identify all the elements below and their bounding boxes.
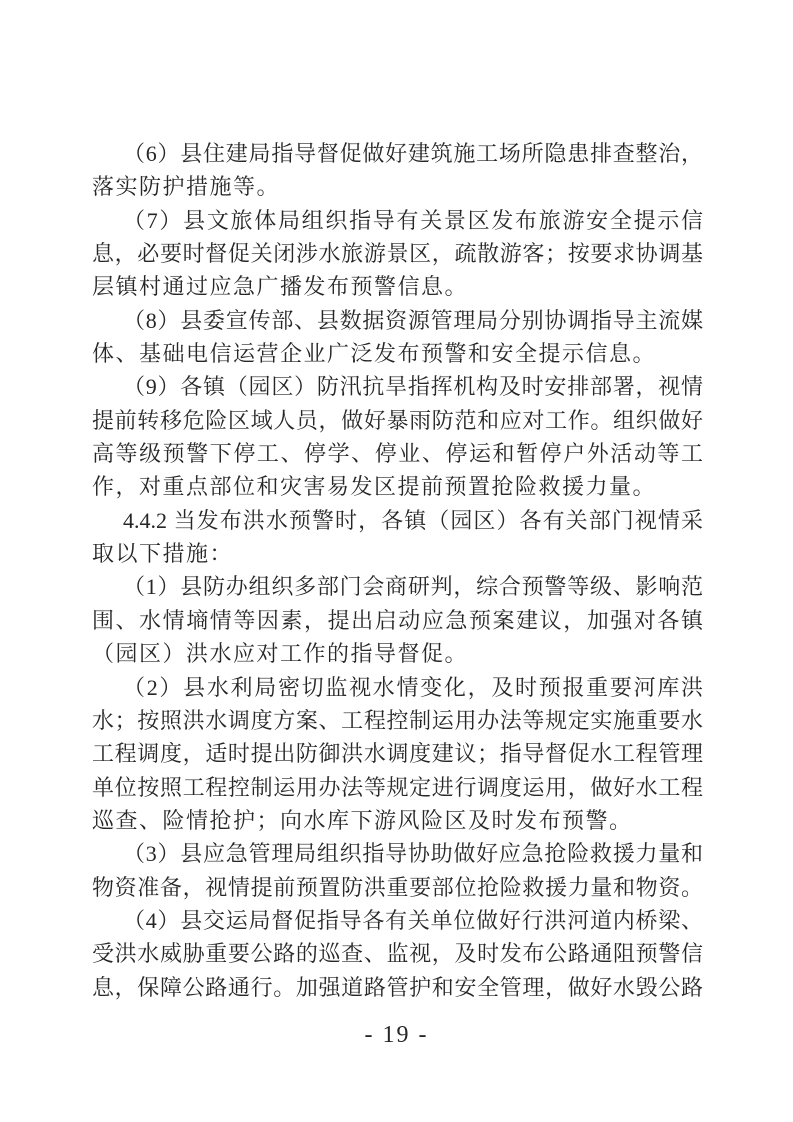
text-line: 作，对重点部位和灾害易发区提前预置抢险救援力量。: [92, 470, 703, 503]
text-line: （园区）洪水应对工作的指导督促。: [92, 637, 703, 670]
section-heading-line: 4.4.2 当发布洪水预警时，各镇（园区）各有关部门视情采: [92, 504, 703, 537]
text-line: （3）县应急管理局组织指导协助做好应急抢险救援力量和: [92, 837, 703, 870]
text-line: 单位按照工程控制运用办法等规定进行调度运用，做好水工程: [92, 771, 703, 804]
text-line: 围、水情墒情等因素，提出启动应急预案建议，加强对各镇: [92, 604, 703, 637]
text-line: 体、基础电信运营企业广泛发布预警和安全提示信息。: [92, 337, 703, 370]
text-line: （7）县文旅体局组织指导有关景区发布旅游安全提示信: [92, 204, 703, 237]
section-heading-line: 取以下措施：: [92, 537, 703, 570]
text-line: 息，必要时督促关闭涉水旅游景区，疏散游客；按要求协调基: [92, 237, 703, 270]
text-line: （2）县水利局密切监视水情变化，及时预报重要河库洪: [92, 671, 703, 704]
document-page: （6）县住建局指导督促做好建筑施工场所隐患排查整治， 落实防护措施等。 （7）县…: [0, 0, 793, 1122]
text-line: 息，保障公路通行。加强道路管护和安全管理，做好水毁公路: [92, 971, 703, 1004]
text-line: （4）县交运局督促指导各有关单位做好行洪河道内桥梁、: [92, 904, 703, 937]
document-body: （6）县住建局指导督促做好建筑施工场所隐患排查整治， 落实防护措施等。 （7）县…: [92, 137, 703, 1004]
text-line: 水；按照洪水调度方案、工程控制运用办法等规定实施重要水: [92, 704, 703, 737]
text-line: （9）各镇（园区）防汛抗旱指挥机构及时安排部署，视情: [92, 370, 703, 403]
text-line: （1）县防办组织多部门会商研判，综合预警等级、影响范: [92, 570, 703, 603]
text-line: 工程调度，适时提出防御洪水调度建议；指导督促水工程管理: [92, 737, 703, 770]
text-line: 层镇村通过应急广播发布预警信息。: [92, 270, 703, 303]
text-line: 巡查、险情抢护；向水库下游风险区及时发布预警。: [92, 804, 703, 837]
text-line: 高等级预警下停工、停学、停业、停运和暂停户外活动等工: [92, 437, 703, 470]
text-line: 提前转移危险区域人员，做好暴雨防范和应对工作。组织做好: [92, 404, 703, 437]
page-number: - 19 -: [0, 1020, 793, 1050]
text-line: 落实防护措施等。: [92, 170, 703, 203]
text-line: （6）县住建局指导督促做好建筑施工场所隐患排查整治，: [92, 137, 703, 170]
text-line: 物资准备，视情提前预置防洪重要部位抢险救援力量和物资。: [92, 871, 703, 904]
text-line: 受洪水威胁重要公路的巡查、监视，及时发布公路通阻预警信: [92, 937, 703, 970]
text-line: （8）县委宣传部、县数据资源管理局分别协调指导主流媒: [92, 304, 703, 337]
